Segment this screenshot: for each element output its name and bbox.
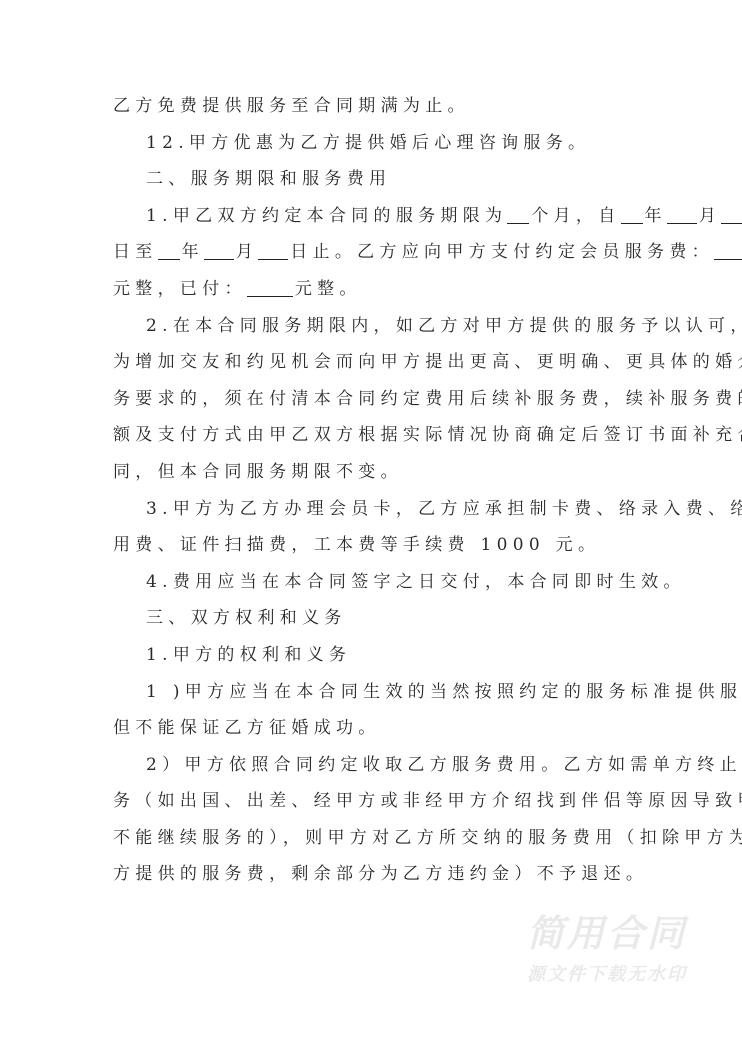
clause-text: 1.甲乙双方约定本合同的服务期限为 — [146, 206, 507, 226]
end-day-blank[interactable] — [258, 239, 288, 260]
paragraph-line: 务（如出国、出差、经甲方或非经甲方介绍找到伴侣等原因导致甲方 — [113, 783, 621, 820]
months-blank[interactable] — [507, 203, 529, 224]
clause-text: 年 — [645, 206, 667, 226]
clause-2-3: 3.甲方为乙方办理会员卡，乙方应承担制卡费、络录入费、络使 — [113, 491, 621, 528]
clause-text: 日至 — [113, 242, 158, 262]
clause-text: 元整，已付： — [113, 279, 247, 299]
paragraph-line: 为增加交友和约见机会而向甲方提出更高、更明确、更具体的婚介服 — [113, 344, 621, 381]
section-heading-2: 二、服务期限和服务费用 — [113, 161, 621, 198]
clause-text: 年 — [182, 242, 204, 262]
clause-text: 元整。 — [295, 279, 362, 299]
clause-2-4: 4.费用应当在本合同签字之日交付，本合同即时生效。 — [113, 564, 621, 601]
watermark-title: 简用合同 — [512, 912, 702, 956]
paragraph-line: 同，但本合同服务期限不变。 — [113, 454, 621, 491]
clause-text: 个月，自 — [531, 206, 620, 226]
clause-2-2: 2.在本合同服务期限内，如乙方对甲方提供的服务予以认可，并 — [113, 308, 621, 345]
paragraph-line: 用费、证件扫描费，工本费等手续费 1000 元。 — [113, 527, 621, 564]
clause-12: 12.甲方优惠为乙方提供婚后心理咨询服务。 — [113, 125, 621, 162]
watermark-subtitle: 源文件下载无水印 — [512, 962, 702, 988]
paragraph-line: 方提供的服务费，剩余部分为乙方违约金）不予退还。 — [113, 856, 621, 893]
clause-3-1-1: 1 )甲方应当在本合同生效的当然按照约定的服务标准提供服务， — [113, 674, 621, 711]
clause-text: 月 — [699, 206, 721, 226]
document-page: 乙方免费提供服务至合同期满为止。 12.甲方优惠为乙方提供婚后心理咨询服务。 二… — [113, 88, 621, 893]
clause-text: 日止。乙方应向甲方支付约定会员服务费： — [290, 242, 714, 262]
watermark: 简用合同 源文件下载无水印 — [512, 912, 702, 988]
paid-amount-blank[interactable] — [247, 276, 293, 297]
paragraph-line: 但不能保证乙方征婚成功。 — [113, 710, 621, 747]
membership-fee-blank[interactable] — [714, 239, 742, 260]
paragraph-line: 额及支付方式由甲乙双方根据实际情况协商确定后签订书面补充合 — [113, 417, 621, 454]
end-year-blank[interactable] — [158, 239, 180, 260]
start-day-blank[interactable] — [721, 203, 742, 224]
subsection-heading-3-1: 1.甲方的权利和义务 — [113, 637, 621, 674]
paragraph-line: 务要求的，须在付清本合同约定费用后续补服务费，续补服务费的数 — [113, 381, 621, 418]
paragraph-line: 不能继续服务的），则甲方对乙方所交纳的服务费用（扣除甲方为乙 — [113, 820, 621, 857]
section-heading-3: 三、双方权利和义务 — [113, 600, 621, 637]
clause-2-1-line-3: 元整，已付：元整。 — [113, 271, 621, 308]
end-month-blank[interactable] — [204, 239, 234, 260]
start-year-blank[interactable] — [621, 203, 643, 224]
clause-2-1-line-2: 日至年月日止。乙方应向甲方支付约定会员服务费： — [113, 234, 621, 271]
paragraph-line: 乙方免费提供服务至合同期满为止。 — [113, 88, 621, 125]
clause-text: 月 — [236, 242, 258, 262]
clause-3-1-2: 2）甲方依照合同约定收取乙方服务费用。乙方如需单方终止服 — [113, 747, 621, 784]
clause-2-1-line-1: 1.甲乙双方约定本合同的服务期限为个月，自年月 — [113, 198, 621, 235]
start-month-blank[interactable] — [667, 203, 697, 224]
